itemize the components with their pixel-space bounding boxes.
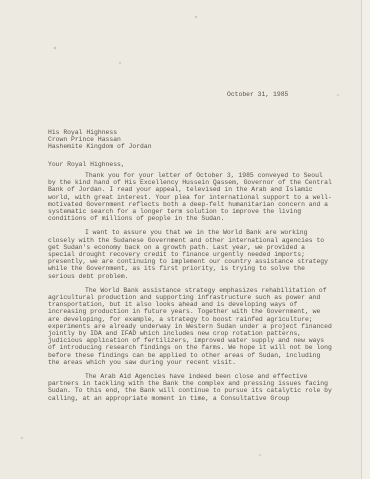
letter-body: Thank you for your letter of October 3, …	[48, 172, 332, 409]
recipient-line-2: Crown Prince Hassan	[48, 136, 152, 143]
letter-date: October 31, 1985	[227, 91, 288, 98]
recipient-line-1: His Royal Highness	[48, 129, 152, 136]
paragraph-2: I want to assure you that we in the Worl…	[48, 229, 332, 279]
paper-edge	[361, 0, 370, 479]
salutation: Your Royal Highness,	[48, 161, 125, 168]
paragraph-3: The World Bank assistance strategy empha…	[48, 287, 332, 366]
recipient-line-3: Hashemite Kingdom of Jordan	[48, 143, 152, 150]
paragraph-1: Thank you for your letter of October 3, …	[48, 172, 332, 222]
recipient-address: His Royal Highness Crown Prince Hassan H…	[48, 129, 152, 151]
letter-page: October 31, 1985 His Royal Highness Crow…	[0, 0, 370, 479]
paragraph-4: The Arab Aid Agencies have indeed been c…	[48, 373, 332, 402]
